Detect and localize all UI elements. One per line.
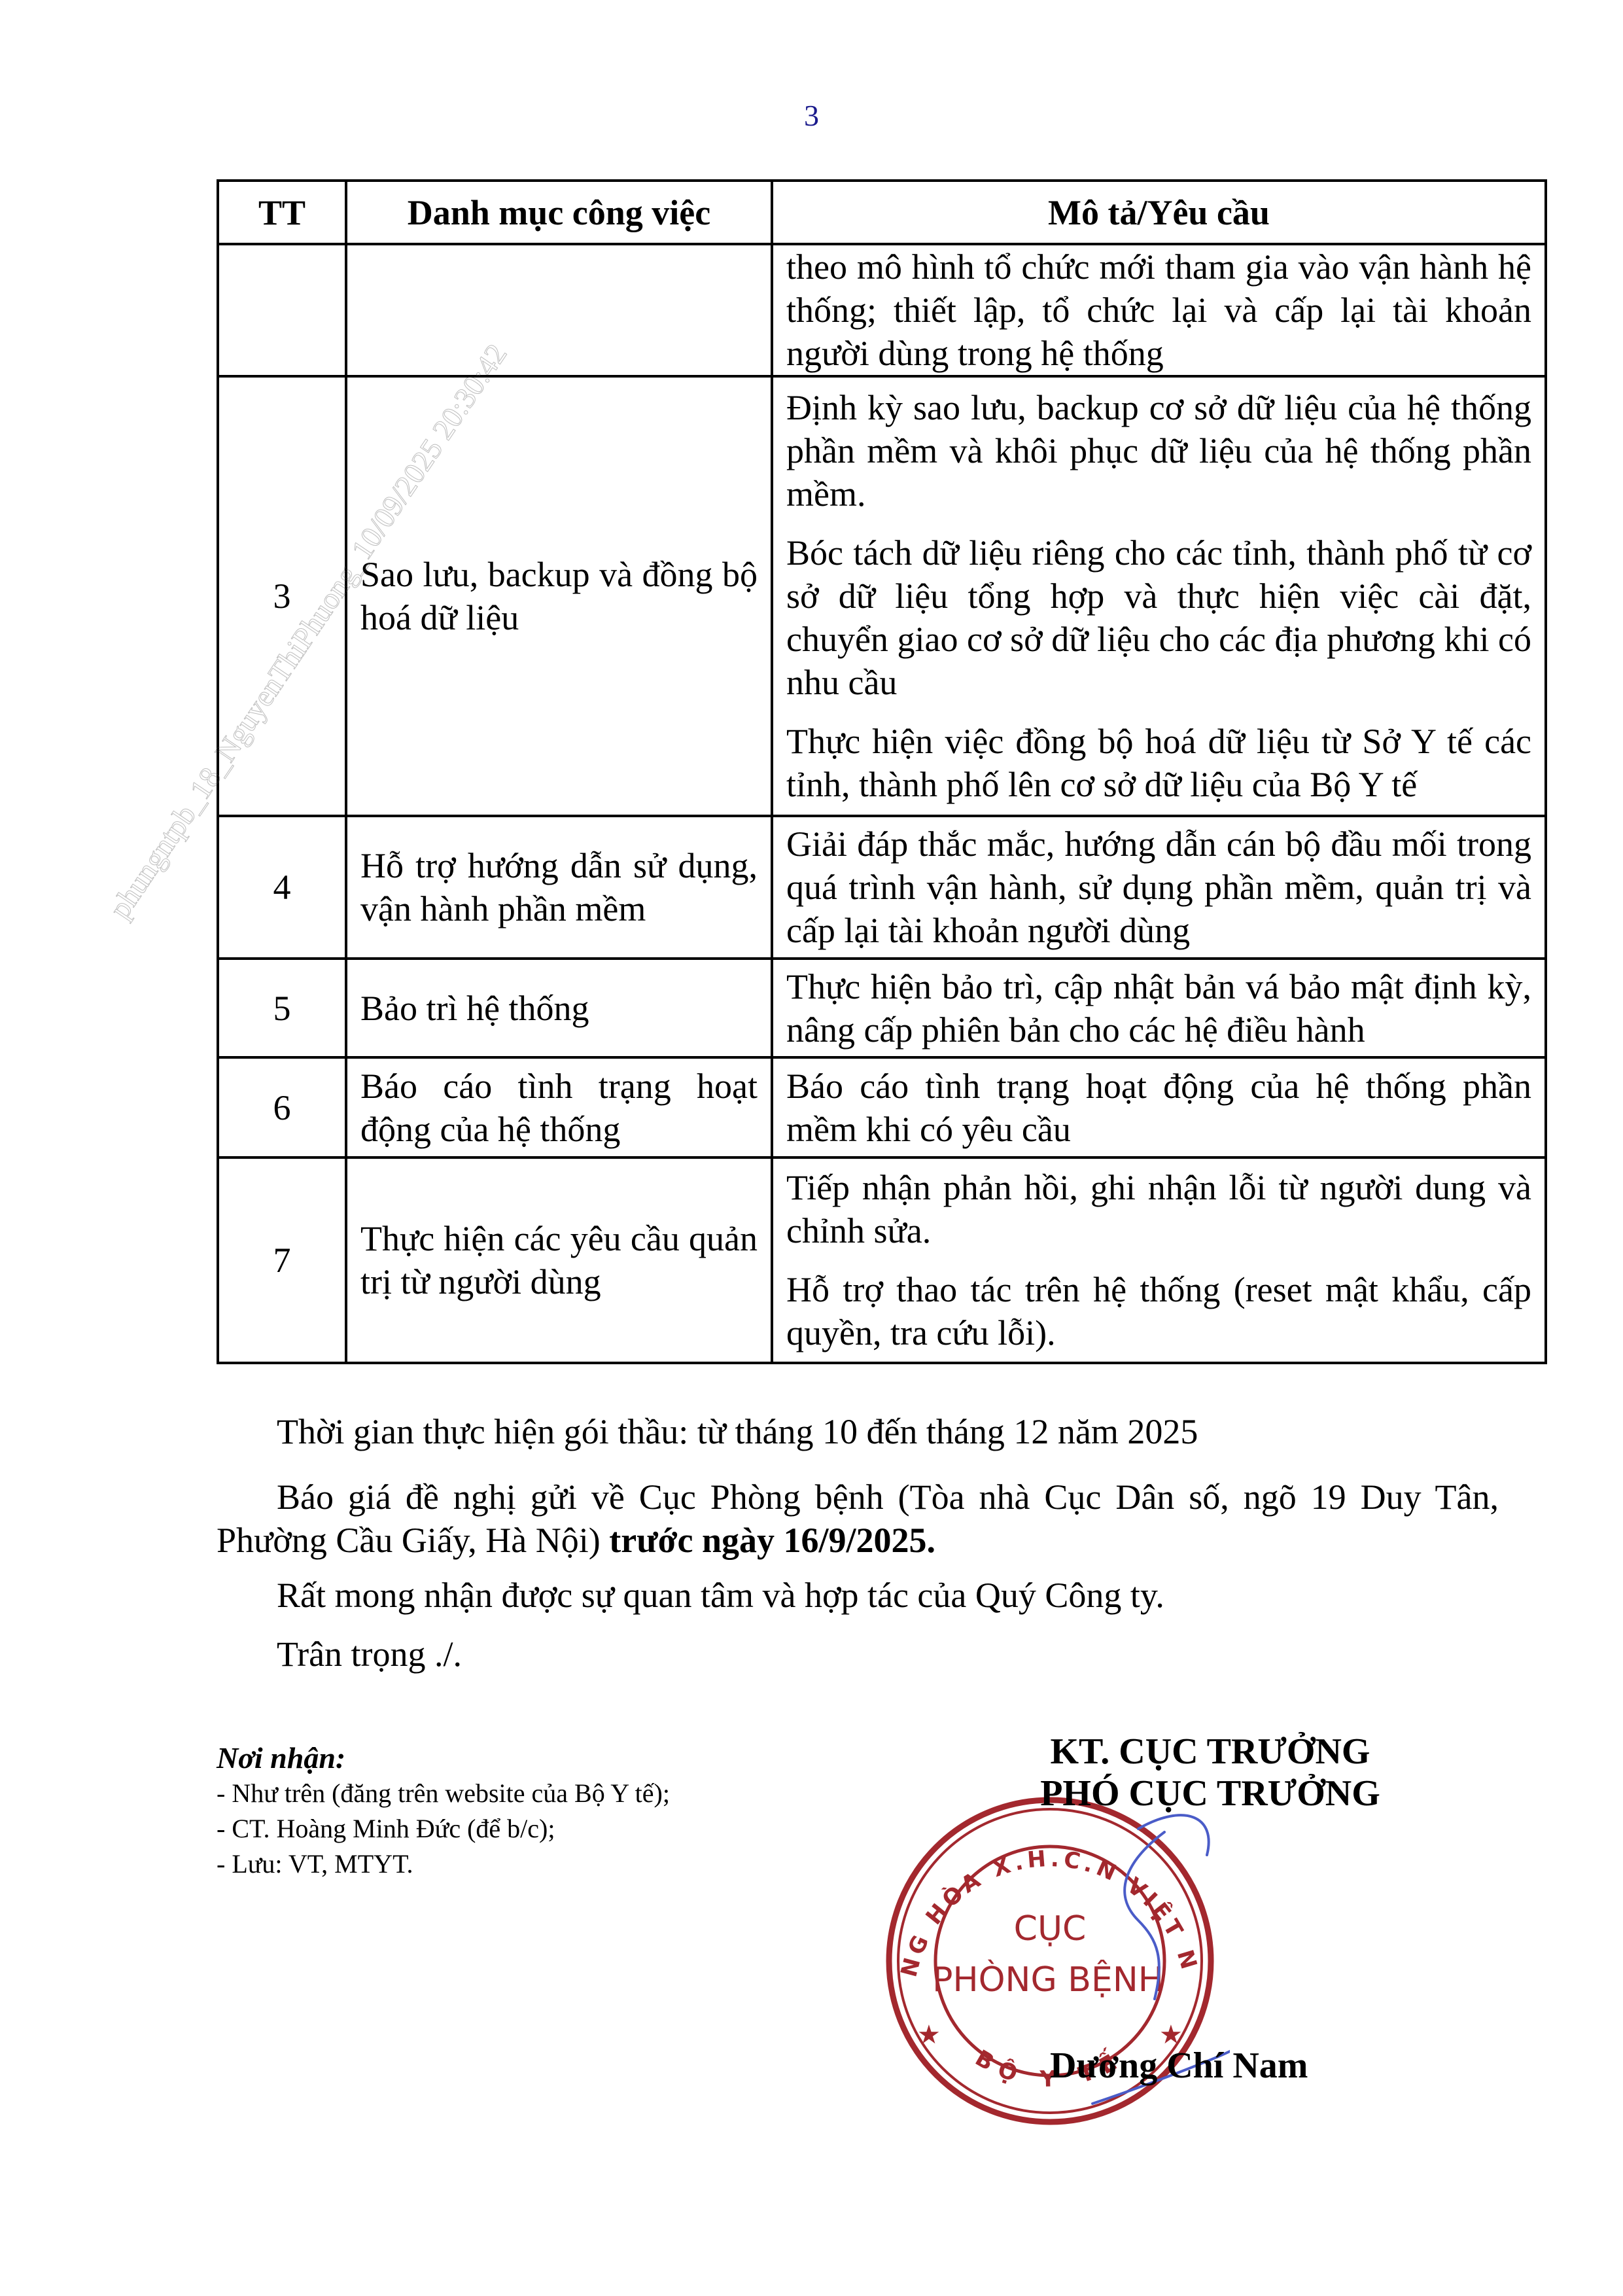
quote-deadline: trước ngày 16/9/2025 [609,1521,926,1560]
row-number [218,244,346,376]
closing-hope-text: Rất mong nhận được sự quan tâm và hợp tá… [277,1574,1559,1617]
header-description: Mô tả/Yêu cầu [772,181,1546,244]
row-number: 7 [218,1157,346,1363]
timeline-text: Thời gian thực hiện gói thầu: từ tháng 1… [277,1410,1559,1453]
row-task [346,244,772,376]
task-text: Thực hiện các yêu cầu quản trị từ người … [360,1217,758,1303]
row-description: Giải đáp thắc mắc, hướng dẫn cán bộ đầu … [772,816,1546,959]
row-task: Hỗ trợ hướng dẫn sử dụng, vận hành phần … [346,816,772,959]
description-paragraph: Giải đáp thắc mắc, hướng dẫn cán bộ đầu … [786,822,1531,952]
stamp-center-line1: CỤC [1014,1909,1087,1949]
row-description: Báo cáo tình trạng hoạt động của hệ thốn… [772,1057,1546,1157]
header-task: Danh mục công việc [346,181,772,244]
page-number: 3 [0,98,1623,133]
description-paragraph: Định kỳ sao lưu, backup cơ sở dữ liệu củ… [786,386,1531,516]
stamp-center-line2: PHÒNG BỆNH [932,1959,1164,2000]
svg-text:CỘNG HÒA X.H.C.N VIỆT NAM: CỘNG HÒA X.H.C.N VIỆT NAM [877,1790,1203,1980]
recipient-item: - CT. Hoàng Minh Đức (để b/c); [217,1811,670,1846]
table-row: theo mô hình tổ chức mới tham gia vào vậ… [218,244,1546,376]
row-task: Bảo trì hệ thống [346,959,772,1057]
regards-text: Trân trọng ./. [277,1633,1559,1676]
row-task: Sao lưu, backup và đồng bộ hoá dữ liệu [346,376,772,816]
task-text: Báo cáo tình trạng hoạt động của hệ thốn… [360,1065,758,1151]
row-description: theo mô hình tổ chức mới tham gia vào vậ… [772,244,1546,376]
description-paragraph: Báo cáo tình trạng hoạt động của hệ thốn… [786,1065,1531,1151]
row-description: Tiếp nhận phản hồi, ghi nhận lỗi từ ngườ… [772,1157,1546,1363]
row-number: 6 [218,1057,346,1157]
table-row: 5Bảo trì hệ thốngThực hiện bảo trì, cập … [218,959,1546,1057]
task-text: Hỗ trợ hướng dẫn sử dụng, vận hành phần … [360,844,758,930]
row-number: 4 [218,816,346,959]
work-items-table: TT Danh mục công việc Mô tả/Yêu cầu theo… [217,179,1547,1364]
table-row: 6Báo cáo tình trạng hoạt động của hệ thố… [218,1057,1546,1157]
row-task: Thực hiện các yêu cầu quản trị từ người … [346,1157,772,1363]
description-paragraph: Thực hiện việc đồng bộ hoá dữ liệu từ Sở… [786,720,1531,806]
signer-title-line1: KT. CỤC TRƯỞNG [968,1731,1452,1773]
table-row: 7Thực hiện các yêu cầu quản trị từ người… [218,1157,1546,1363]
stamp-top-text: CỘNG HÒA X.H.C.N VIỆT NAM [877,1790,1203,1980]
table-header-row: TT Danh mục công việc Mô tả/Yêu cầu [218,181,1546,244]
row-description: Định kỳ sao lưu, backup cơ sở dữ liệu củ… [772,376,1546,816]
description-paragraph: Bóc tách dữ liệu riêng cho các tỉnh, thà… [786,531,1531,704]
row-description: Thực hiện bảo trì, cập nhật bản vá bảo m… [772,959,1546,1057]
description-paragraph: Hỗ trợ thao tác trên hệ thống (reset mật… [786,1268,1531,1354]
signer-name: Dương Chí Nam [1050,2045,1308,2087]
task-text: Bảo trì hệ thống [360,987,758,1030]
signer-title-line2: PHÓ CỤC TRƯỞNG [968,1773,1452,1814]
description-paragraph: theo mô hình tổ chức mới tham gia vào vậ… [786,245,1531,375]
recipient-item: - Như trên (đăng trên website của Bộ Y t… [217,1776,670,1811]
table-row: 4Hỗ trợ hướng dẫn sử dụng, vận hành phần… [218,816,1546,959]
row-task: Báo cáo tình trạng hoạt động của hệ thốn… [346,1057,772,1157]
row-number: 5 [218,959,346,1057]
description-paragraph: Tiếp nhận phản hồi, ghi nhận lỗi từ ngườ… [786,1166,1531,1252]
quote-end: . [927,1521,936,1560]
task-text: Sao lưu, backup và đồng bộ hoá dữ liệu [360,553,758,639]
quote-request-paragraph: Báo giá đề nghị gửi về Cục Phòng bệnh (T… [217,1475,1499,1562]
header-tt: TT [218,181,346,244]
description-paragraph: Thực hiện bảo trì, cập nhật bản vá bảo m… [786,965,1531,1051]
stamp-star-left: ★ [917,2020,941,2049]
recipients-title: Nơi nhận: [217,1740,670,1776]
signature-block: KT. CỤC TRƯỞNG PHÓ CỤC TRƯỞNG [968,1731,1452,1814]
recipient-item: - Lưu: VT, MTYT. [217,1846,670,1882]
recipients-block: Nơi nhận: - Như trên (đăng trên website … [217,1740,670,1882]
official-stamp: CỘNG HÒA X.H.C.N VIỆT NAM BỘ Y TẾ CỤC PH… [877,1790,1230,2143]
